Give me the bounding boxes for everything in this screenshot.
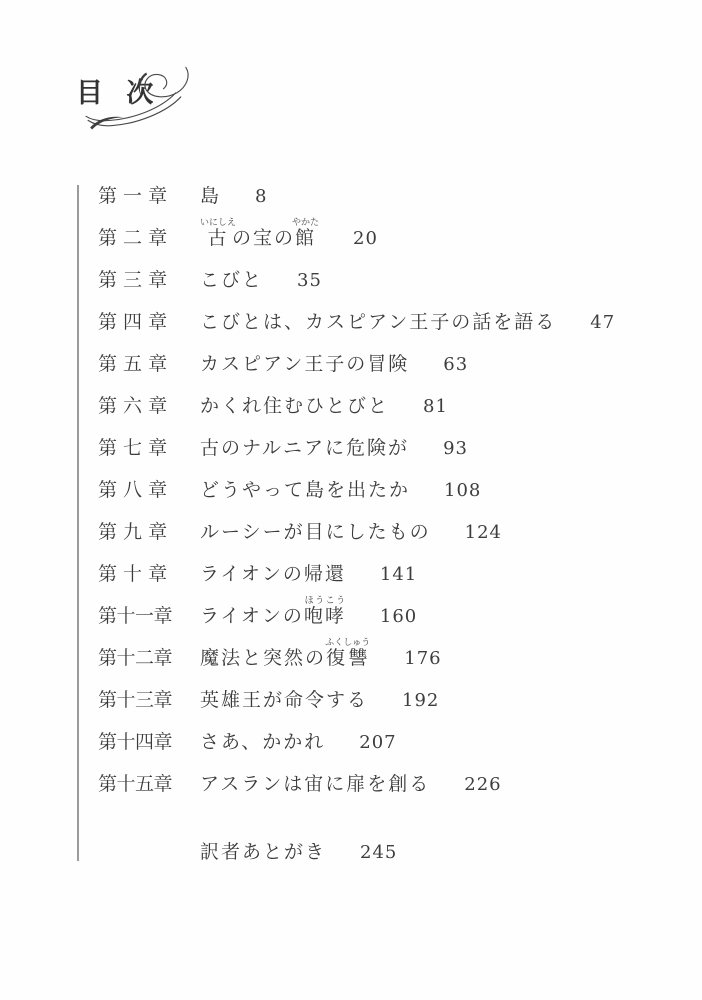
- furigana: いにしえ: [200, 218, 236, 228]
- chapter-title: かくれ住むひとびと: [200, 397, 389, 416]
- page-number: 20: [353, 230, 378, 248]
- chapter-title: 魔法と突然の復讐ふくしゅう: [200, 638, 370, 668]
- chapter-title: こびとは、カスピアン王子の話を語る: [200, 313, 556, 332]
- page-title: 目 次: [76, 80, 155, 107]
- toc-row: 第 九 章ルーシーが目にしたもの124: [98, 519, 677, 561]
- chapter-title: アスランは宙に扉を創る: [200, 775, 430, 794]
- left-vertical-rule: [77, 185, 79, 861]
- chapter-title: ルーシーが目にしたもの: [200, 523, 431, 542]
- page-number: 108: [444, 482, 481, 500]
- chapter-number-label: 第 五 章: [98, 355, 176, 374]
- chapter-title: さあ、かかれ: [200, 733, 325, 752]
- chapter-title: カスピアン王子の冒険: [200, 355, 409, 374]
- page-number: 207: [359, 734, 396, 752]
- chapter-number-label: 第十二章: [98, 649, 176, 668]
- chapter-title: 島: [200, 187, 221, 206]
- toc-row: 第十四章さあ、かかれ207: [98, 729, 677, 771]
- furigana: やかた: [292, 218, 319, 228]
- toc-row: 第十二章魔法と突然の復讐ふくしゅう176: [98, 645, 677, 687]
- chapter-title: 古いにしえの宝の館やかた: [200, 218, 319, 248]
- page-number: 141: [380, 566, 417, 584]
- chapter-number-label: 第十四章: [98, 733, 176, 752]
- toc-row: 第十三章英雄王が命令する192: [98, 687, 677, 729]
- page-number: 226: [464, 776, 501, 794]
- page-number: 8: [255, 188, 267, 206]
- page-number: 47: [590, 314, 615, 332]
- page-number: 93: [443, 440, 468, 458]
- page-number: 192: [402, 692, 439, 710]
- page-number: 176: [404, 650, 441, 668]
- chapter-number-label: 第十五章: [98, 775, 176, 794]
- chapter-number-label: 第 十 章: [98, 565, 176, 584]
- chapter-title: こびと: [200, 271, 263, 290]
- chapter-title: 英雄王が命令する: [200, 691, 368, 710]
- chapter-number-label: 第 三 章: [98, 271, 176, 290]
- chapter-title: どうやって島を出たか: [200, 481, 410, 500]
- page-number: 124: [465, 524, 502, 542]
- furigana: ふくしゅう: [325, 638, 370, 648]
- page-number: 245: [360, 844, 397, 862]
- chapter-number-label: 第 四 章: [98, 313, 176, 332]
- chapter-number-label: 第 八 章: [98, 481, 176, 500]
- toc-rows: 第 一 章島8第 二 章古いにしえの宝の館やかた20第 三 章こびと35第 四 …: [77, 183, 677, 881]
- toc-row: 第 八 章どうやって島を出たか108: [98, 477, 677, 519]
- chapter-title: 訳者あとがき: [200, 843, 326, 862]
- toc-row: 第 一 章島8: [98, 183, 677, 225]
- toc-row: 第 十 章ライオンの帰還141: [98, 561, 677, 603]
- ruby-annotated-text: 復讐ふくしゅう: [326, 647, 370, 669]
- chapter-title: ライオンの帰還: [200, 565, 346, 584]
- chapter-number-label: 第 六 章: [98, 397, 176, 416]
- table-of-contents: 第 一 章島8第 二 章古いにしえの宝の館やかた20第 三 章こびと35第 四 …: [77, 183, 677, 881]
- chapter-title: 古のナルニアに危険が: [200, 439, 409, 458]
- toc-row: 第 二 章古いにしえの宝の館やかた20: [98, 225, 677, 267]
- page-number: 63: [443, 356, 468, 374]
- chapter-number-label: 第 一 章: [98, 187, 176, 206]
- ruby-annotated-text: 咆哮ほうこう: [304, 605, 346, 627]
- chapter-number-label: 第十一章: [98, 607, 176, 626]
- chapter-number-label: 第 九 章: [98, 523, 176, 542]
- toc-row: 第 六 章かくれ住むひとびと81: [98, 393, 677, 435]
- toc-header: 目 次: [76, 80, 155, 107]
- ruby-annotated-text: 館やかた: [295, 227, 319, 249]
- chapter-number-label: 第 二 章: [98, 229, 176, 248]
- toc-row: 第 三 章こびと35: [98, 267, 677, 309]
- ruby-annotated-text: 古いにしえ: [200, 227, 232, 249]
- toc-afterword-row: 訳者あとがき245: [98, 839, 677, 881]
- toc-row: 第 四 章こびとは、カスピアン王子の話を語る47: [98, 309, 677, 351]
- chapter-title: ライオンの咆哮ほうこう: [200, 596, 346, 626]
- page-number: 81: [423, 398, 448, 416]
- page-number: 160: [380, 608, 417, 626]
- toc-row: 第十五章アスランは宙に扉を創る226: [98, 771, 677, 813]
- chapter-number-label: 第 七 章: [98, 439, 176, 458]
- page-number: 35: [297, 272, 322, 290]
- toc-row: 第十一章ライオンの咆哮ほうこう160: [98, 603, 677, 645]
- furigana: ほうこう: [304, 596, 346, 606]
- toc-row: 第 五 章カスピアン王子の冒険63: [98, 351, 677, 393]
- chapter-number-label: 第十三章: [98, 691, 176, 710]
- toc-row: 第 七 章古のナルニアに危険が93: [98, 435, 677, 477]
- book-page: 目 次 第 一 章島8第 二 章古いにしえの宝の館やかた20第 三 章こびと35…: [0, 0, 702, 1000]
